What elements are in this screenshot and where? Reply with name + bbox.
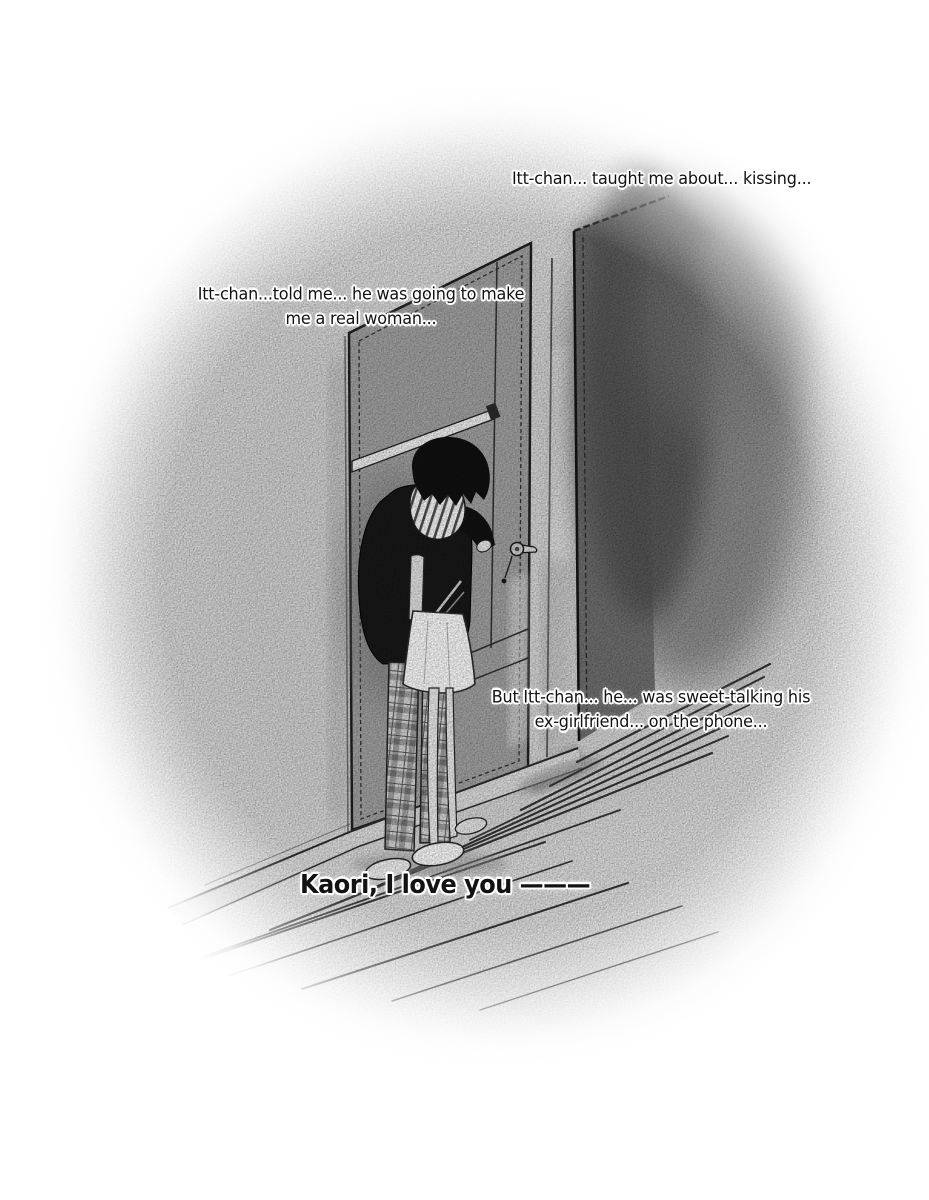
caption-line: me a real woman... [165, 306, 557, 331]
caption-line: ex-girlfriend... on the phone... [452, 709, 850, 734]
caption-line: Itt-chan...told me... he was going to ma… [165, 281, 557, 306]
caption-love-confession: Kaori, I love you ——— [300, 869, 590, 899]
caption-real-woman: Itt-chan...told me... he was going to ma… [165, 281, 557, 331]
caption-kissing: Itt-chan... taught me about... kissing..… [512, 168, 811, 189]
manga-page: Itt-chan... taught me about... kissing..… [0, 0, 929, 1200]
caption-line: But Itt-chan... he... was sweet-talking … [452, 684, 850, 709]
caption-sweet-talking: But Itt-chan... he... was sweet-talking … [452, 684, 850, 734]
